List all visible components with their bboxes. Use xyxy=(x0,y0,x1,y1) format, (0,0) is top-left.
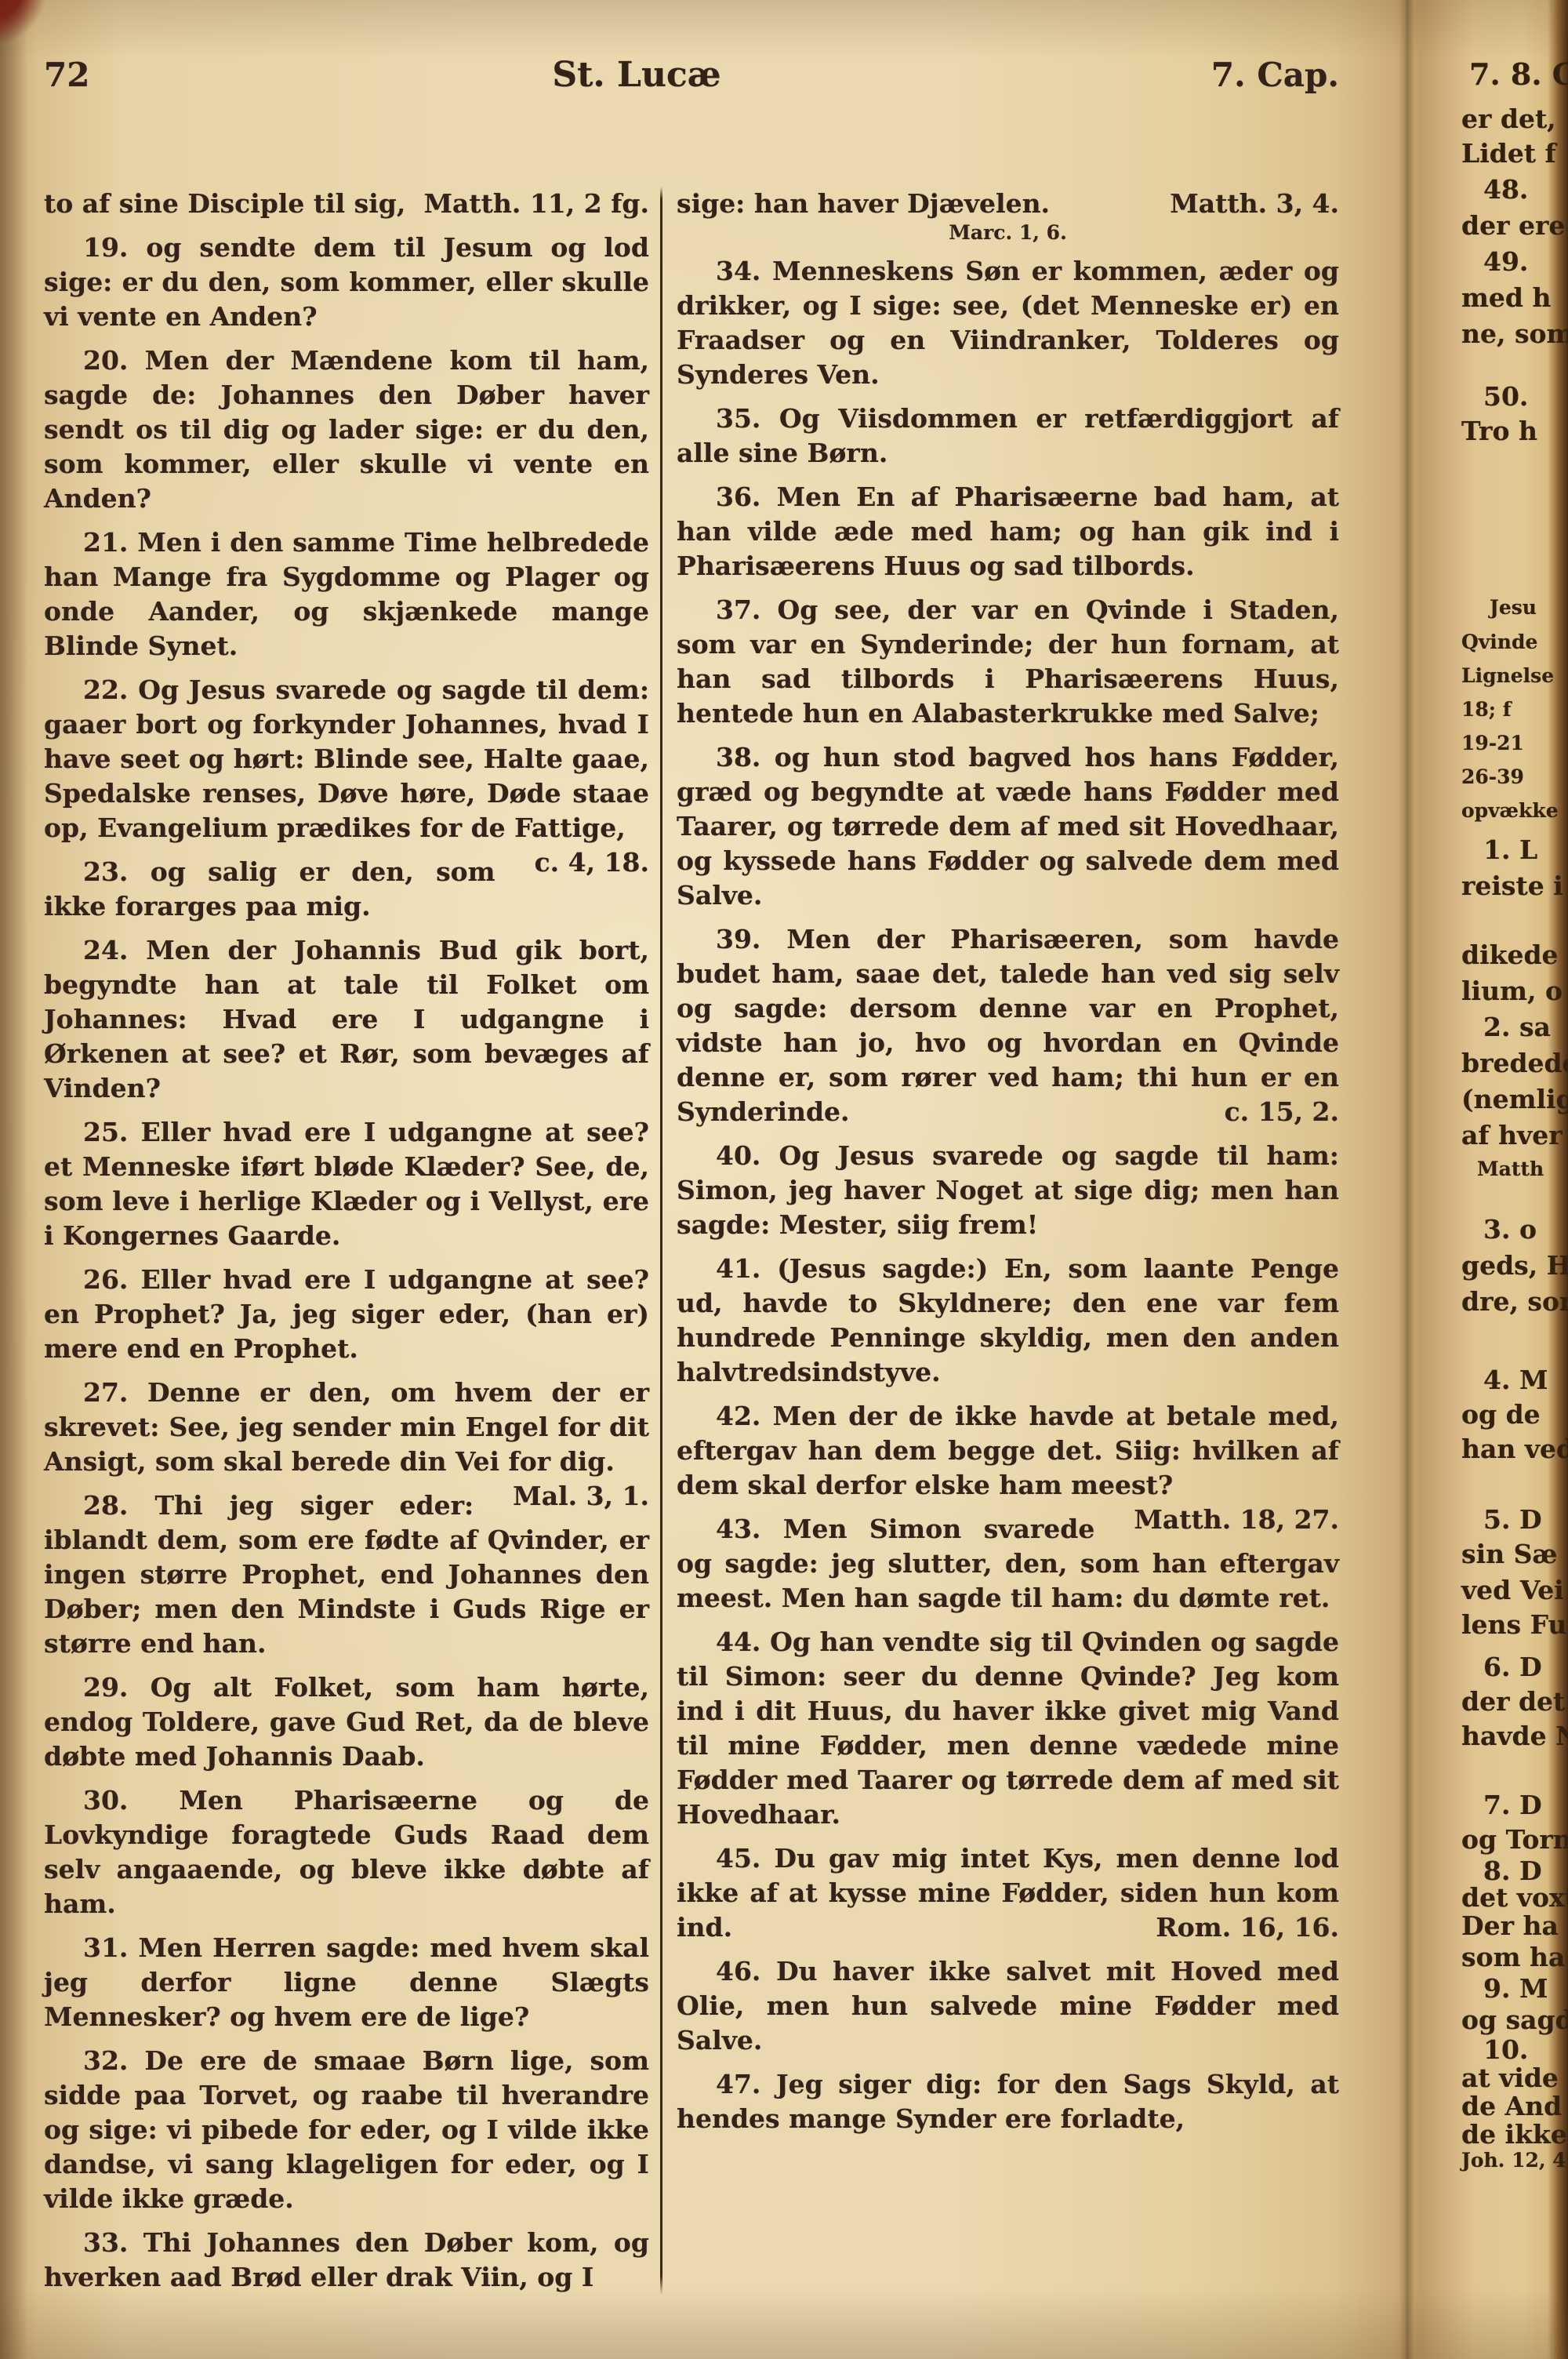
verse-number: 36. xyxy=(716,482,760,512)
next-page-fragment: 4. M xyxy=(1483,1365,1548,1395)
next-page-fragment: 26-39 xyxy=(1461,765,1524,788)
verse: 38. og hun stod bagved hos hans Fødder, … xyxy=(677,740,1339,913)
next-page-fragment: dikede xyxy=(1461,940,1559,970)
cross-reference: c. 4, 18. xyxy=(495,845,649,880)
next-page-fragment: 9. M xyxy=(1483,1973,1548,2004)
verse-number: 41. xyxy=(716,1253,760,1284)
next-page-fragment: 6. D xyxy=(1483,1652,1542,1682)
next-page-fragment: 19-21 xyxy=(1461,732,1524,754)
next-page-fragment: det voxt xyxy=(1461,1882,1568,1913)
verse-number: 28. xyxy=(83,1490,128,1521)
verse: 25. Eller hvad ere I udgangne at see? et… xyxy=(44,1115,649,1253)
next-page-fragment: geds, H xyxy=(1461,1250,1568,1281)
verse: 39. Men der Pharisæeren, som havde budet… xyxy=(677,922,1339,1129)
verse: 21. Men i den samme Time helbredede han … xyxy=(44,525,649,663)
verse: 37. Og see, der var en Qvinde i Staden, … xyxy=(677,593,1339,731)
verse: 35. Og Viisdommen er retfærdiggjort af a… xyxy=(677,402,1339,471)
continuation-text: sige: han haver Djævelen. xyxy=(677,188,1050,219)
verse-number: 23. xyxy=(83,856,128,887)
verse: 45. Du gav mig intet Kys, men denne lod … xyxy=(677,1841,1339,1945)
continuation-line: to af sine Disciple til sig, Matth. 11, … xyxy=(44,187,649,221)
verse: 47. Jeg siger dig: for den Sags Skyld, a… xyxy=(677,2067,1339,2136)
right-column: sige: han haver Djævelen. Matth. 3, 4. M… xyxy=(662,187,1339,2295)
verse-number: 22. xyxy=(83,674,128,705)
verse: 32. De ere de smaae Børn lige, som sidde… xyxy=(44,2044,649,2216)
next-page-fragment: Der ha xyxy=(1461,1910,1559,1941)
verse: 34. Menneskens Søn er kommen, æder og dr… xyxy=(677,254,1339,392)
next-page-fragment: Lidet f xyxy=(1461,138,1556,169)
verse: 27. Denne er den, om hvem der er skrevet… xyxy=(44,1376,649,1479)
gutter-crease xyxy=(1399,0,1414,2359)
verse: 30. Men Pharisæerne og de Lovkyndige for… xyxy=(44,1783,649,1921)
verse-number: 37. xyxy=(716,594,760,625)
verse-number: 46. xyxy=(716,1956,760,1986)
verse: 36. Men En af Pharisæerne bad ham, at ha… xyxy=(677,480,1339,583)
next-page-fragment: Jesu xyxy=(1490,596,1537,619)
next-page-fragment: 10. xyxy=(1483,2034,1528,2065)
left-column: to af sine Disciple til sig, Matth. 11, … xyxy=(44,187,660,2295)
verse: 42. Men der de ikke havde at betale med,… xyxy=(677,1399,1339,1503)
verse-number: 38. xyxy=(716,742,760,772)
verse: 40. Og Jesus svarede og sagde til ham: S… xyxy=(677,1139,1339,1242)
scanned-book-page: 72 St. Lucæ 7. Cap. to af sine Disciple … xyxy=(0,0,1568,2359)
continuation-text: to af sine Disciple til sig, xyxy=(44,188,405,219)
next-page-fragment: de ikke xyxy=(1461,2119,1567,2150)
cross-reference: Mal. 3, 1. xyxy=(474,1479,649,1514)
continuation-line: sige: han haver Djævelen. Matth. 3, 4. xyxy=(677,187,1339,221)
verse-number: 27. xyxy=(83,1377,128,1408)
verse-number: 29. xyxy=(83,1672,128,1703)
verse: 31. Men Herren sagde: med hvem skal jeg … xyxy=(44,1931,649,2034)
verse-number: 39. xyxy=(716,924,760,954)
verse: 44. Og han vendte sig til Qvinden og sag… xyxy=(677,1625,1339,1832)
next-page-fragment: opvække xyxy=(1461,799,1559,822)
next-page-fragment: han ved xyxy=(1461,1434,1568,1464)
next-page-fragment: bredede xyxy=(1461,1048,1568,1078)
verse-number: 44. xyxy=(716,1627,760,1657)
verse-number: 26. xyxy=(83,1264,128,1295)
next-page-fragment: lens Fu xyxy=(1461,1609,1566,1640)
next-page-fragment: ved Vei xyxy=(1461,1575,1564,1605)
next-page-fragment: 49. xyxy=(1483,246,1528,277)
next-page-fragment: der det xyxy=(1461,1686,1565,1717)
verse-number: 19. xyxy=(83,232,128,263)
next-page-edge: 7. 8. Cer det,Lidet f48.der ere49.med hn… xyxy=(1455,0,1568,2359)
verse-number: 33. xyxy=(83,2227,128,2258)
verse-number: 25. xyxy=(83,1117,128,1147)
text-columns: to af sine Disciple til sig, Matth. 11, … xyxy=(44,187,1339,2295)
verse: 26. Eller hvad ere I udgangne at see? en… xyxy=(44,1263,649,1366)
next-page-fragment: af hver xyxy=(1461,1120,1563,1150)
next-page-fragment: 2. sa xyxy=(1483,1012,1551,1042)
next-page-fragment: og de xyxy=(1461,1399,1541,1430)
next-page-fragment: Matth xyxy=(1477,1158,1544,1180)
next-page-fragment: og sagd xyxy=(1461,2005,1568,2035)
next-page-fragment: Lignelse xyxy=(1461,664,1554,687)
cross-reference: c. 15, 2. xyxy=(1185,1095,1339,1129)
verse: 46. Du haver ikke salvet mit Hoved med O… xyxy=(677,1954,1339,2058)
next-page-fragment: havde N xyxy=(1461,1721,1568,1751)
verse: 19. og sendte dem til Jesum og lod sige:… xyxy=(44,231,649,334)
next-page-fragment: Qvinde xyxy=(1461,631,1537,653)
verse: 41. (Jesus sagde:) En, som laante Penge … xyxy=(677,1252,1339,1390)
cross-reference-centered: Marc. 1, 6. xyxy=(677,221,1339,245)
cross-reference: Matth. 18, 27. xyxy=(1094,1503,1339,1537)
next-page-fragment: som ha xyxy=(1461,1942,1565,1972)
next-page-fragment: 7. 8. C xyxy=(1469,56,1568,92)
next-page-fragment: og Torn xyxy=(1461,1824,1568,1855)
verse-number: 43. xyxy=(716,1514,760,1544)
book-title: St. Lucæ xyxy=(162,55,1112,95)
verse-number: 35. xyxy=(716,403,760,434)
verse-number: 42. xyxy=(716,1401,760,1431)
next-page-fragment: der ere xyxy=(1461,210,1565,241)
verse-number: 21. xyxy=(83,527,128,558)
next-page-fragment: 1. L xyxy=(1483,834,1537,865)
next-page-fragment: lium, o xyxy=(1461,976,1563,1006)
verse-number: 24. xyxy=(83,935,128,965)
chapter-label: 7. Cap. xyxy=(1167,56,1339,94)
next-page-fragment: Tro h xyxy=(1461,416,1537,446)
verse: 20. Men der Mændene kom til ham, sagde d… xyxy=(44,343,649,516)
cross-reference: Matth. 3, 4. xyxy=(1170,187,1339,221)
next-page-fragment: reiste i xyxy=(1461,871,1563,901)
next-page-fragment: ne, som xyxy=(1461,318,1568,349)
verse-number: 34. xyxy=(716,256,760,286)
next-page-fragment: 50. xyxy=(1483,381,1528,412)
next-page-fragment: med h xyxy=(1461,282,1551,313)
verse: 28. Thi jeg siger eder: iblandt dem, som… xyxy=(44,1488,649,1661)
verse-number: 40. xyxy=(716,1140,760,1171)
cross-reference: Rom. 16, 16. xyxy=(1116,1910,1339,1945)
next-page-fragment: (nemlig xyxy=(1461,1084,1568,1114)
cross-reference: Matth. 11, 2 fg. xyxy=(424,187,649,221)
next-page-fragment: 5. D xyxy=(1483,1504,1542,1535)
next-page-fragment: sin Sæ xyxy=(1461,1539,1558,1569)
verse-number: 31. xyxy=(83,1932,128,1963)
verse-number: 32. xyxy=(83,2045,128,2076)
page-header: 72 St. Lucæ 7. Cap. xyxy=(44,55,1339,95)
next-page-fragment: at vide xyxy=(1461,2063,1559,2093)
next-page-fragment: Joh. 12, 4 xyxy=(1461,2149,1566,2172)
next-page-fragment: 18; f xyxy=(1461,698,1511,721)
verse: 22. Og Jesus svarede og sagde til dem: g… xyxy=(44,673,649,845)
next-page-fragment: 7. D xyxy=(1483,1790,1542,1820)
next-page-fragment: de And xyxy=(1461,2091,1562,2121)
next-page-fragment: 48. xyxy=(1483,174,1528,205)
verse: 29. Og alt Folket, som ham hørte, endog … xyxy=(44,1670,649,1774)
verse-number: 30. xyxy=(83,1785,128,1816)
next-page-fragment: er det, xyxy=(1461,104,1556,134)
next-page-fragment: dre, som xyxy=(1461,1286,1568,1317)
verse-number: 45. xyxy=(716,1843,760,1874)
next-page-fragment: 3. o xyxy=(1483,1214,1537,1245)
verse-number: 47. xyxy=(716,2069,760,2099)
verse: 24. Men der Johannis Bud gik bort, begyn… xyxy=(44,933,649,1106)
verse-number: 20. xyxy=(83,345,128,376)
verse: 33. Thi Johannes den Døber kom, og hverk… xyxy=(44,2226,649,2295)
